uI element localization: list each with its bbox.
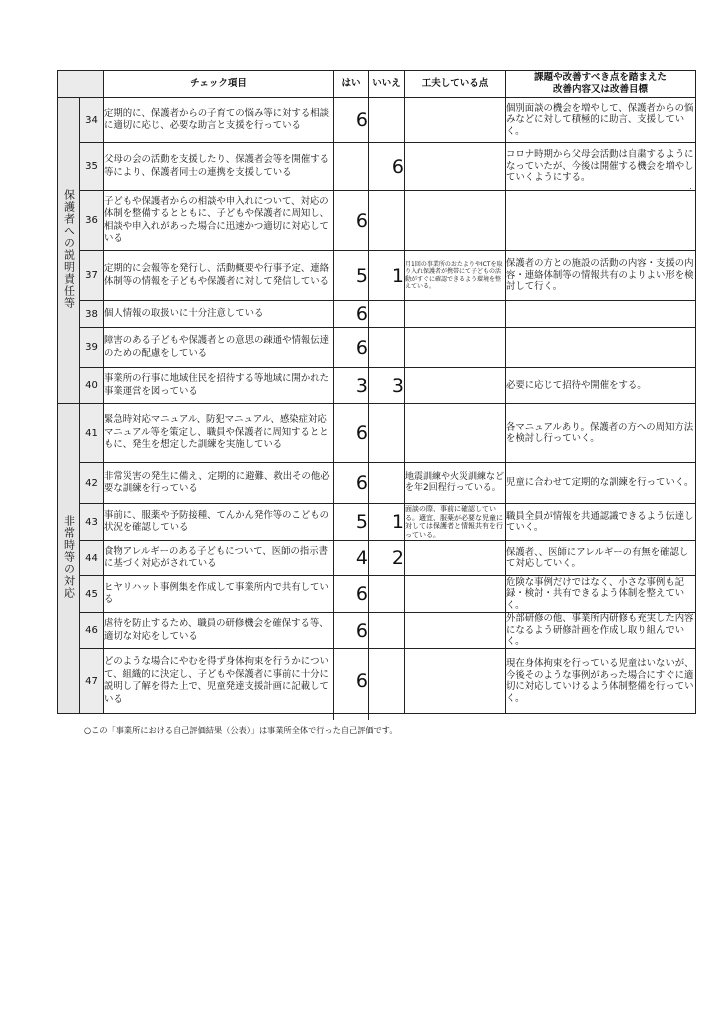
column-tick-mark (368, 712, 369, 720)
no-count: 6 (369, 143, 405, 191)
row-number: 35 (80, 143, 104, 191)
yes-count: 6 (334, 649, 369, 714)
category-cell: 非常時等の対応 (58, 404, 80, 714)
goal-text: 保護者の方との施設の活動の内容・支援の内容・連絡体制等の情報共有のよりよい形を検… (506, 251, 696, 301)
no-count (369, 98, 405, 143)
no-count (369, 649, 405, 714)
check-item-text: 子どもや保護者からの相談や申入れについて、対応の体制を整備するとともに、子どもや… (104, 191, 334, 251)
kufu-text (405, 191, 506, 251)
check-item-text: 定期的に会報等を発行し、活動概要や行事予定、連絡体制等の情報を子どもや保護者に対… (104, 251, 334, 301)
yes-count: 6 (334, 404, 369, 463)
kufu-text (405, 301, 506, 328)
check-item-text: どのような場合にやむを得ず身体拘束を行うかについて、組織的に決定し、子どもや保護… (104, 649, 334, 714)
kufu-text: 月1回の事業所のおたよりやICTを取り入れ保護者が携帯にて子どもの活動がすぐに確… (405, 251, 506, 301)
goal-text: 個別面談の機会を増やして、保護者からの悩みなどに対して積極的に助言、支援していく… (506, 98, 696, 143)
table-row: 非常時等の対応 41 緊急時対応マニュアル、防犯マニュアル、感染症対応マニュアル… (58, 404, 696, 463)
row-number: 47 (80, 649, 104, 714)
check-item-text: 非常災害の発生に備え、定期的に避難、救出その他必要な訓練を行っている (104, 463, 334, 504)
goal-text: 各マニュアルあり。保護者の方への周知方法を検討し行っていく。 (506, 404, 696, 463)
check-item-text: 緊急時対応マニュアル、防犯マニュアル、感染症対応マニュアル等を策定し、職員や保護… (104, 404, 334, 463)
row-number: 44 (80, 541, 104, 576)
table-row: 36 子どもや保護者からの相談や申入れについて、対応の体制を整備するとともに、子… (58, 191, 696, 251)
row-number: 43 (80, 504, 104, 541)
row-number: 41 (80, 404, 104, 463)
check-item-text: 事前に、服薬や予防接種、てんかん発作等のこどもの状況を確認している (104, 504, 334, 541)
no-count: 1 (369, 251, 405, 301)
table-row: 46 虐待を防止するため、職員の研修機会を確保する等、適切な対応をしている 6 … (58, 613, 696, 649)
row-number: 42 (80, 463, 104, 504)
row-number: 40 (80, 368, 104, 404)
check-item-text: 定期的に、保護者からの子育ての悩み等に対する相談に適切に応じ、必要な助言と支援を… (104, 98, 334, 143)
no-count: 3 (369, 368, 405, 404)
table-row: 保護者への説明責任等 34 定期的に、保護者からの子育ての悩み等に対する相談に適… (58, 98, 696, 143)
goal-text: コロナ時期から父母会活動は自粛するようになっていたが、今後は開催する機会を増やし… (506, 143, 696, 191)
goal-text (506, 191, 696, 251)
kufu-text (405, 404, 506, 463)
row-number: 46 (80, 613, 104, 649)
header-goal-line1: 課題や改善すべき点を踏まえた (506, 72, 695, 84)
check-item-text: 事業所の行事に地域住民を招待する等地域に開かれた事業運営を図っている (104, 368, 334, 404)
kufu-text (405, 368, 506, 404)
header-kufu: 工夫している点 (405, 71, 506, 98)
header-no: いいえ (369, 71, 405, 98)
kufu-text: 面談の際、事前に確認している。適宜、服薬が必要な児童に対しては保護者と情報共有を… (405, 504, 506, 541)
goal-text: 保護者、、医師にアレルギーの有無を確認して対応していく。 (506, 541, 696, 576)
no-count: 1 (369, 504, 405, 541)
kufu-text (405, 541, 506, 576)
table-row: 44 食物アレルギーのある子どもについて、医師の指示書に基づく対応がされている … (58, 541, 696, 576)
table-row: 43 事前に、服薬や予防接種、てんかん発作等のこどもの状況を確認している 5 1… (58, 504, 696, 541)
row-number: 45 (80, 576, 104, 613)
category-label: 非常時等の対応 (63, 515, 75, 599)
kufu-text (405, 328, 506, 368)
no-count: 2 (369, 541, 405, 576)
yes-count: 4 (334, 541, 369, 576)
goal-text (506, 301, 696, 328)
yes-count: 6 (334, 463, 369, 504)
yes-count (334, 143, 369, 191)
table-header-row: チェック項目 はい いいえ 工夫している点 課題や改善すべき点を踏まえた 改善内… (58, 71, 696, 98)
yes-count: 3 (334, 368, 369, 404)
no-count (369, 191, 405, 251)
table-row: 47 どのような場合にやむを得ず身体拘束を行うかについて、組織的に決定し、子ども… (58, 649, 696, 714)
check-item-text: ヒヤリハット事例集を作成して事業所内で共有している (104, 576, 334, 613)
row-number: 38 (80, 301, 104, 328)
kufu-text (405, 143, 506, 191)
yes-count: 6 (334, 191, 369, 251)
goal-text (506, 328, 696, 368)
scan-speck (690, 188, 691, 189)
kufu-text (405, 576, 506, 613)
kufu-text (405, 613, 506, 649)
kufu-text (405, 649, 506, 714)
goal-text: 危険な事例だけではなく、小さな事例も記録・検討・共有できるよう体制を整えていく。 (506, 576, 696, 613)
check-item-text: 父母の会の活動を支援したり、保護者会等を開催する等により、保護者同士の連携を支援… (104, 143, 334, 191)
row-number: 36 (80, 191, 104, 251)
yes-count: 6 (334, 576, 369, 613)
goal-text: 必要に応じて招待や開催をする。 (506, 368, 696, 404)
no-count (369, 328, 405, 368)
table-row: 42 非常災害の発生に備え、定期的に避難、救出その他必要な訓練を行っている 6 … (58, 463, 696, 504)
check-item-text: 食物アレルギーのある子どもについて、医師の指示書に基づく対応がされている (104, 541, 334, 576)
goal-text: 職員全員が情報を共通認識できるよう伝達していく。 (506, 504, 696, 541)
kufu-text (405, 98, 506, 143)
no-count (369, 463, 405, 504)
row-number: 34 (80, 98, 104, 143)
yes-count: 5 (334, 504, 369, 541)
check-item-text: 障害のある子どもや保護者との意思の疎通や情報伝達のための配慮をしている (104, 328, 334, 368)
table-row: 39 障害のある子どもや保護者との意思の疎通や情報伝達のための配慮をしている 6 (58, 328, 696, 368)
table-row: 37 定期的に会報等を発行し、活動概要や行事予定、連絡体制等の情報を子どもや保護… (58, 251, 696, 301)
footnote: ○この「事業所における自己評価結果（公表）」は事業所全体で行った自己評価です。 (84, 725, 398, 736)
yes-count: 6 (334, 98, 369, 143)
row-number: 39 (80, 328, 104, 368)
table-row: 40 事業所の行事に地域住民を招待する等地域に開かれた事業運営を図っている 3 … (58, 368, 696, 404)
check-item-text: 個人情報の取扱いに十分注意している (104, 301, 334, 328)
category-label: 保護者への説明責任等 (63, 189, 75, 309)
table-row: 38 個人情報の取扱いに十分注意している 6 (58, 301, 696, 328)
header-blank-cell (58, 71, 104, 98)
kufu-text: 地震訓練や火災訓練などを年2回程行っている。 (405, 463, 506, 504)
evaluation-table: チェック項目 はい いいえ 工夫している点 課題や改善すべき点を踏まえた 改善内… (57, 70, 696, 714)
yes-count: 6 (334, 328, 369, 368)
yes-count: 5 (334, 251, 369, 301)
goal-text: 外部研修の他、事業所内研修も充実した内容になるよう研修計画を作成し取り組んでいく… (506, 613, 696, 649)
no-count (369, 576, 405, 613)
no-count (369, 613, 405, 649)
goal-text: 現在身体拘束を行っている児童はいないが、今後そのような事例があった場合にすぐに適… (506, 649, 696, 714)
table-row: 35 父母の会の活動を支援したり、保護者会等を開催する等により、保護者同士の連携… (58, 143, 696, 191)
yes-count: 6 (334, 301, 369, 328)
table-row: 45 ヒヤリハット事例集を作成して事業所内で共有している 6 危険な事例だけでは… (58, 576, 696, 613)
no-count (369, 404, 405, 463)
header-yes: はい (334, 71, 369, 98)
column-tick-mark (333, 712, 334, 720)
row-number: 37 (80, 251, 104, 301)
check-item-text: 虐待を防止するため、職員の研修機会を確保する等、適切な対応をしている (104, 613, 334, 649)
category-cell: 保護者への説明責任等 (58, 98, 80, 404)
yes-count: 6 (334, 613, 369, 649)
self-evaluation-sheet: チェック項目 はい いいえ 工夫している点 課題や改善すべき点を踏まえた 改善内… (57, 70, 695, 714)
header-goal-line2: 改善内容又は改善目標 (506, 84, 695, 96)
no-count (369, 301, 405, 328)
header-goal: 課題や改善すべき点を踏まえた 改善内容又は改善目標 (506, 71, 696, 98)
header-check-item: チェック項目 (104, 71, 334, 98)
goal-text: 児童に合わせて定期的な訓練を行っていく。 (506, 463, 696, 504)
